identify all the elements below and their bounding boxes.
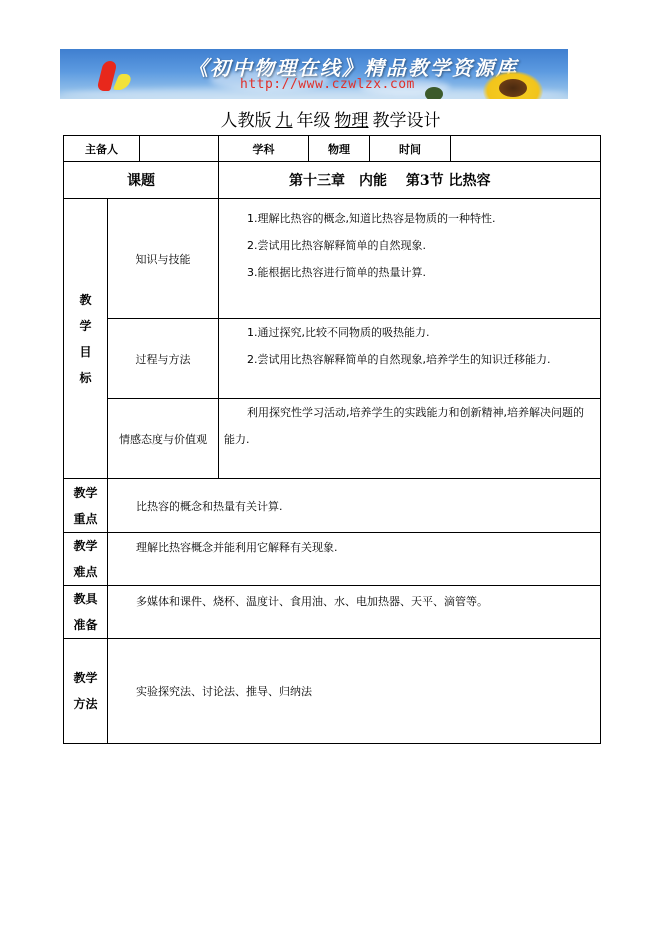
tools-label: 教具 准备 [64,586,108,639]
goal-row-process: 过程与方法 1.通过探究,比较不同物质的吸热能力. 2.尝试用比热容解释简单的自… [64,319,601,399]
topic-label: 课题 [64,162,219,199]
goal-label-char: 教 [64,287,107,313]
goal-line: 2.尝试用比热容解释简单的自然现象. [247,232,592,259]
label-line: 教学 [64,533,107,559]
methods-row: 教学 方法 实验探究法、讨论法、推导、归纳法 [64,639,601,744]
goal-label-char: 目 [64,339,107,365]
tools-row: 教具 准备 多媒体和课件、烧杯、温度计、食用油、水、电加热器、天平、滴管等。 [64,586,601,639]
time-label: 时间 [370,136,451,162]
header-row: 主备人 学科 物理 时间 [64,136,601,162]
goal-category-content: 1.通过探究,比较不同物质的吸热能力. 2.尝试用比热容解释简单的自然现象,培养… [219,319,601,399]
topic-row: 课题 第十三章 内能 第3节 比热容 [64,162,601,199]
difficulties-row: 教学 难点 理解比热容概念并能利用它解释有关现象. [64,533,601,586]
subject-label: 学科 [219,136,309,162]
title-suffix: 教学设计 [373,111,441,131]
label-line: 难点 [64,559,107,585]
goal-line: 1.通过探究,比较不同物质的吸热能力. [247,319,592,346]
label-line: 重点 [64,506,107,532]
title-grade-suffix: 年级 [297,111,331,131]
label-line: 准备 [64,612,107,638]
goal-category-label: 知识与技能 [108,199,219,319]
time-value [451,136,601,162]
key-points-row: 教学 重点 比热容的概念和热量有关计算. [64,479,601,533]
topic-value: 第十三章 内能 第3节 比热容 [219,162,601,199]
tools-text: 多媒体和课件、烧杯、温度计、食用油、水、电加热器、天平、滴管等。 [108,586,601,639]
goal-row-knowledge: 教 学 目 标 知识与技能 1.理解比热容的概念,知道比热容是物质的一种特性. … [64,199,601,319]
sunflower-icon [483,71,543,99]
preparer-value [140,136,219,162]
methods-label: 教学 方法 [64,639,108,744]
goal-category-content: 1.理解比热容的概念,知道比热容是物质的一种特性. 2.尝试用比热容解释简单的自… [219,199,601,319]
label-line: 方法 [64,691,107,717]
label-line: 教学 [64,665,107,691]
goal-line: 3.能根据比热容进行简单的热量计算. [247,259,592,286]
goal-row-emotion: 情感态度与价值观 利用探究性学习活动,培养学生的实践能力和创新精神,培养解决问题… [64,399,601,479]
banner-url[interactable]: http://www.czwlzx.com [240,77,415,92]
leaf-icon [425,87,443,99]
goal-label-char: 标 [64,365,107,391]
site-banner: 《初中物理在线》精品教学资源库 http://www.czwlzx.com [60,49,568,99]
label-line: 教学 [64,480,107,506]
czwlzx-logo-accent-icon [113,74,133,90]
goal-line: 2.尝试用比热容解释简单的自然现象,培养学生的知识迁移能力. [247,346,592,373]
goal-category-label: 情感态度与价值观 [108,399,219,479]
goal-line: 利用探究性学习活动,培养学生的实践能力和创新精神,培养解决问题的能力. [224,399,592,453]
subject-value: 物理 [309,136,370,162]
key-points-label: 教学 重点 [64,479,108,533]
title-subject: 物理 [331,111,373,131]
key-points-text: 比热容的概念和热量有关计算. [108,479,601,533]
difficulties-text: 理解比热容概念并能利用它解释有关现象. [108,533,601,586]
goal-category-label: 过程与方法 [108,319,219,399]
difficulties-label: 教学 难点 [64,533,108,586]
document-title: 人教版九年级物理教学设计 [0,106,661,131]
goal-category-content: 利用探究性学习活动,培养学生的实践能力和创新精神,培养解决问题的能力. [219,399,601,479]
preparer-label: 主备人 [64,136,140,162]
teaching-goals-label: 教 学 目 标 [64,199,108,479]
goal-line: 1.理解比热容的概念,知道比热容是物质的一种特性. [247,205,592,232]
title-edition: 人教版 [221,111,272,131]
label-line: 教具 [64,586,107,612]
lesson-plan-table: 主备人 学科 物理 时间 课题 第十三章 内能 第3节 比热容 教 学 目 标 … [63,135,601,744]
title-grade: 九 [272,111,297,131]
goal-label-char: 学 [64,313,107,339]
methods-text: 实验探究法、讨论法、推导、归纳法 [108,639,601,744]
